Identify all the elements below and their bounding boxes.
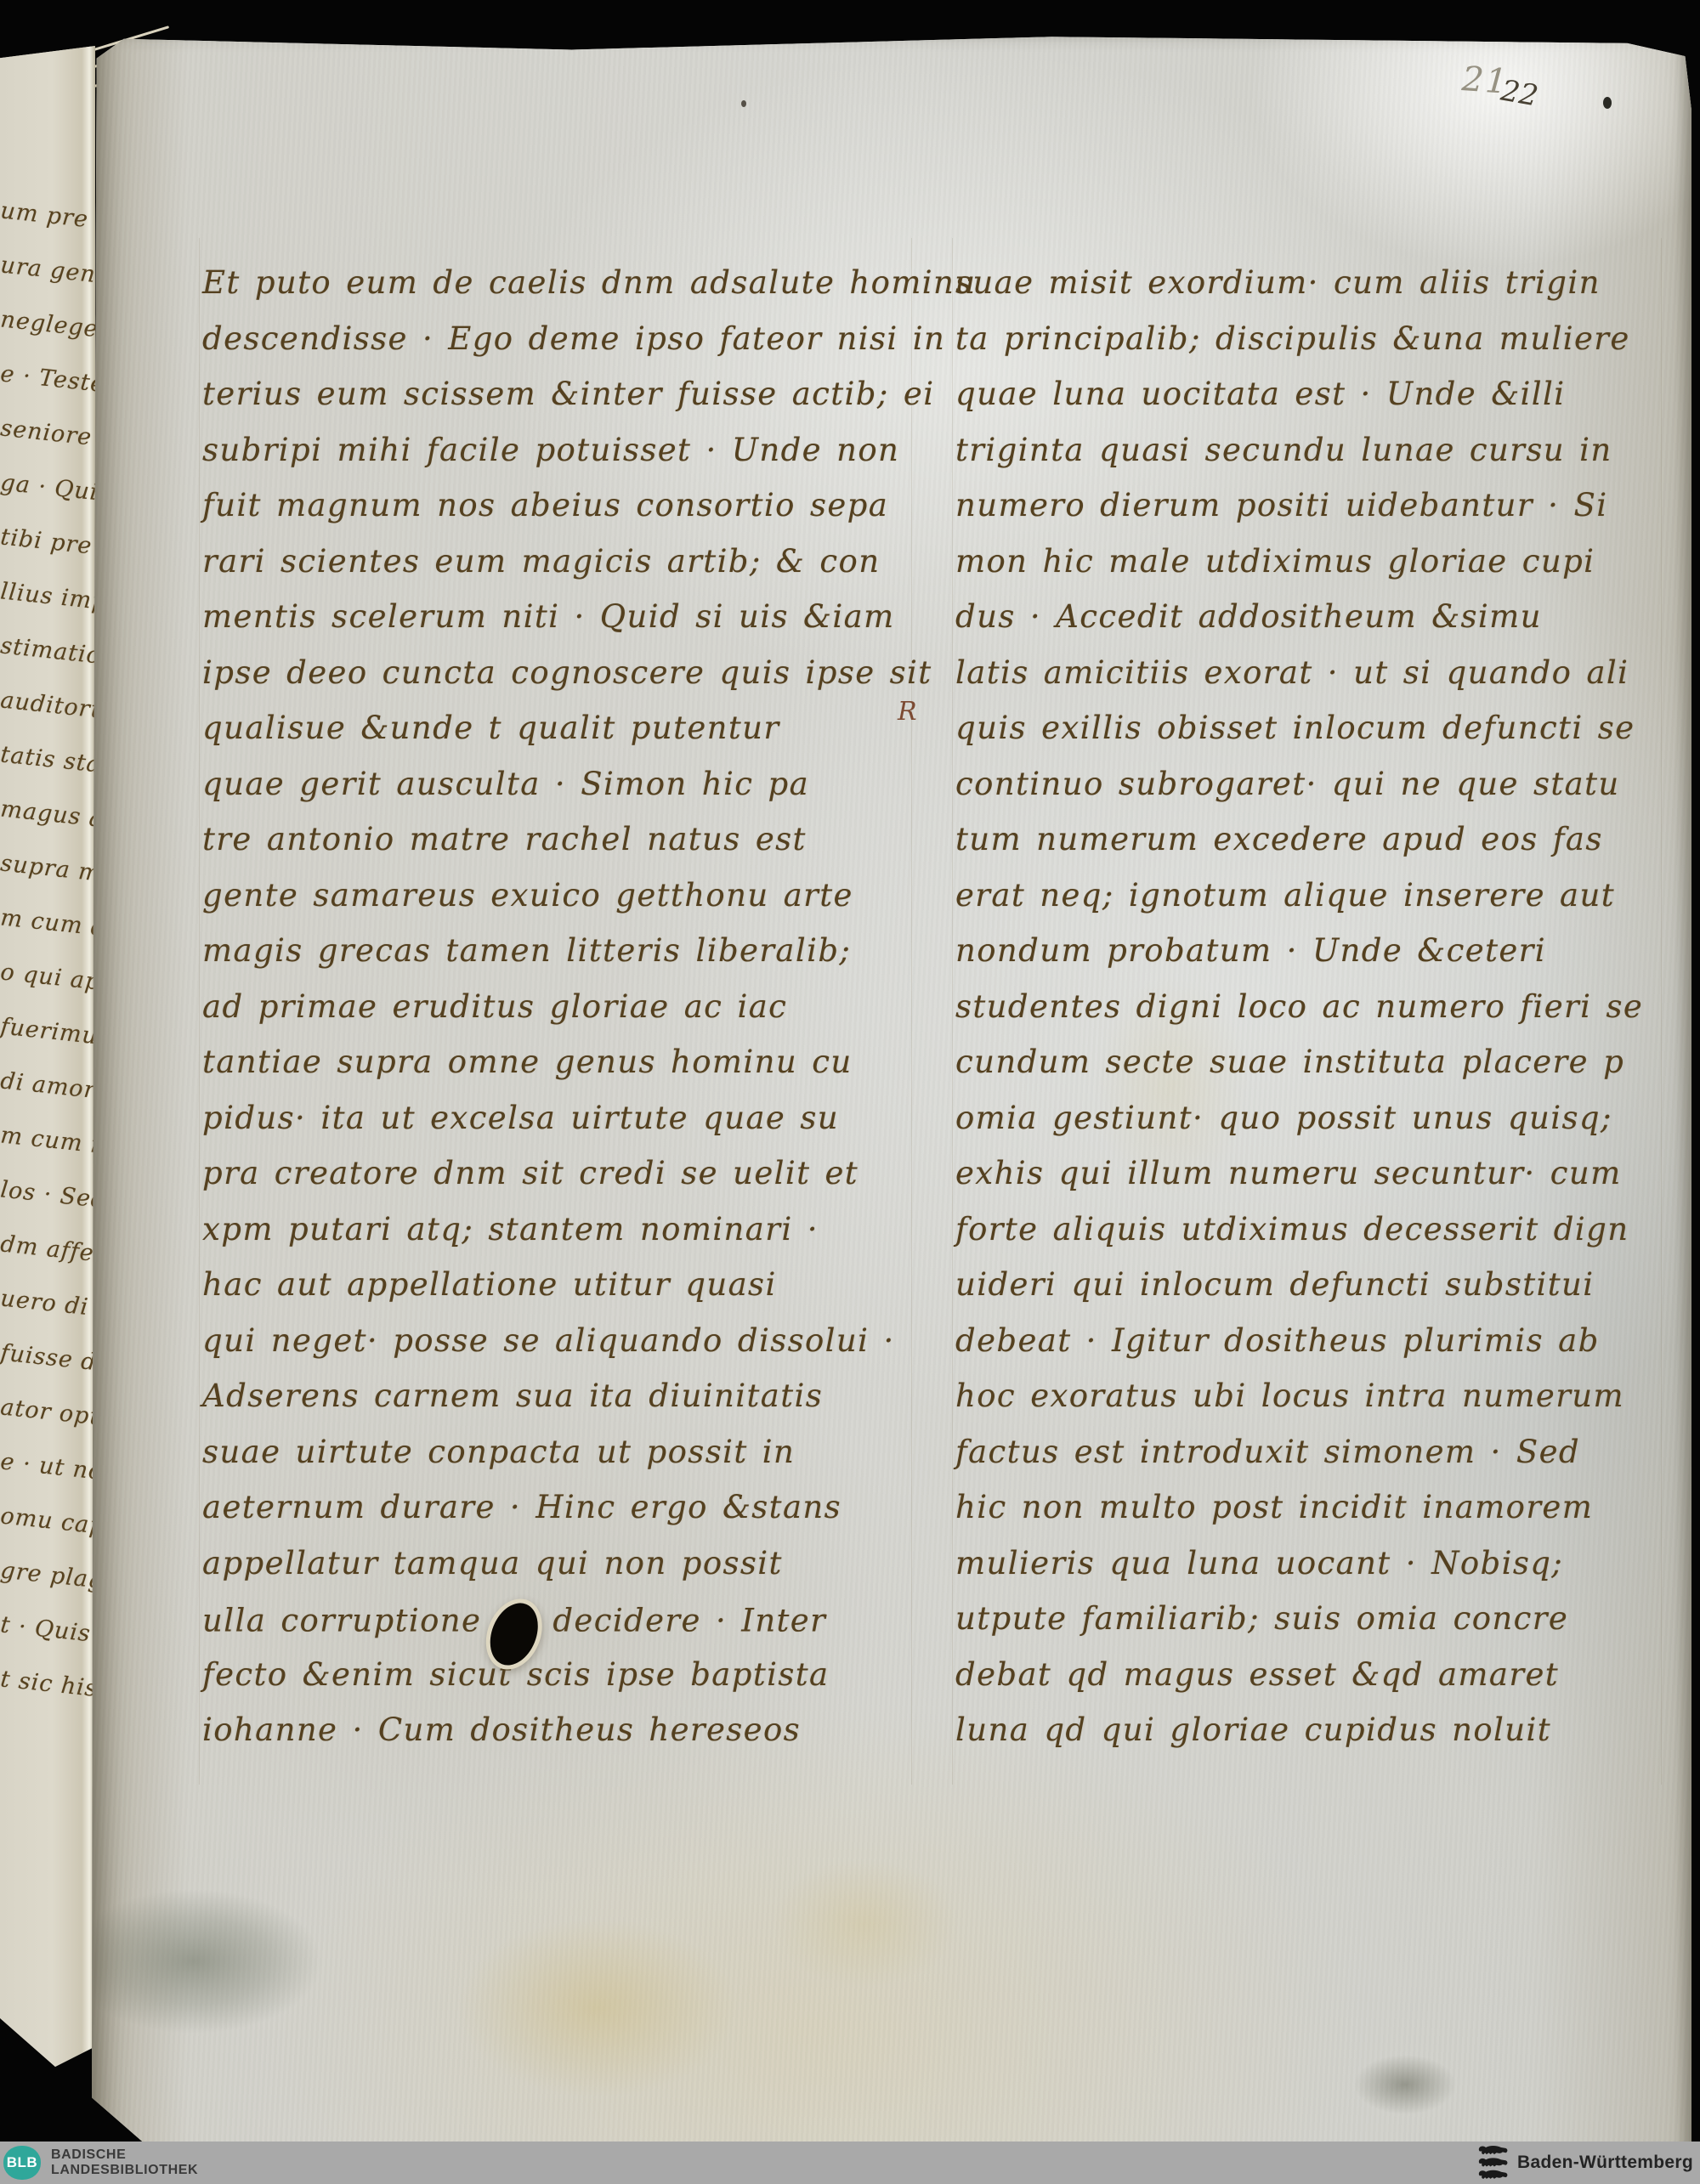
text-line: descendisse · Ego deme ipso fateor nisi … (202, 311, 923, 367)
text-line: suae uirtute conpacta ut possit in (202, 1424, 923, 1480)
text-line: utpute familiarib; suis omia concre (955, 1591, 1676, 1647)
text-line: los · Sed ingenuus quida (0, 1163, 98, 1226)
text-line: debeat · Igitur dositheus plurimis ab (955, 1313, 1676, 1369)
text-line: fuisse diurnae (0, 1326, 98, 1389)
stain (66, 1889, 321, 2034)
text-line: erat neq; ignotum alique inserere aut (955, 868, 1676, 924)
text-before-hole: ulla corruptione (202, 1603, 481, 1639)
text-line: dm affectus scelera quidem o (0, 1217, 98, 1281)
text-after-hole: decidere · Inter (552, 1603, 826, 1639)
text-line: exhis qui illum numeru secuntur· cum (955, 1146, 1676, 1202)
text-line: omia gestiunt· quo possit unus quisq; (955, 1090, 1676, 1146)
text-line: nondum probatum · Unde &ceteri (955, 923, 1676, 979)
text-line: tum numerum excedere apud eos fas (955, 812, 1676, 868)
ruling-line (952, 238, 953, 1785)
text-line: quis exillis obisset inlocum defuncti se (955, 700, 1676, 756)
text-line: tatis statum · Ueheme (0, 727, 98, 791)
text-line: aeternum durare · Hinc ergo &stans (202, 1480, 923, 1536)
text-line: iohanne · Cum dositheus hereseos (202, 1702, 923, 1758)
text-line: o qui apuero malo ri (0, 945, 98, 1009)
text-line: triginta quasi secundu lunae cursu in (955, 422, 1676, 478)
text-line: ta principalib; discipulis &una muliere (955, 311, 1676, 367)
facing-page-text: um pre nec reprehendasura genere aliquid… (0, 194, 95, 1717)
state-name: Baden-Württemberg (1517, 2153, 1693, 2173)
text-line: tre antonio matre rachel natus est (202, 812, 923, 868)
text-line: llius impietatis (0, 564, 98, 628)
text-line: ulla corruptionedecidere · Inter (202, 1591, 923, 1647)
text-column-left: Et puto eum de caelis dnm adsalute homin… (202, 255, 923, 1758)
text-line: debat qd magus esset &qd amaret (955, 1647, 1676, 1703)
text-line: mon hic male utdiximus gloriae cupi (955, 534, 1676, 590)
text-line: rari scientes eum magicis artib; & con (202, 534, 923, 590)
text-line: auditorum · &ipsius (0, 673, 98, 737)
blb-logo-icon: BLB (3, 2146, 41, 2180)
text-line: e · ut nos primo familiares (0, 1434, 98, 1498)
text-line: omu caperemus · quom (0, 1489, 98, 1553)
text-line: studentes digni loco ac numero fieri se (955, 979, 1676, 1035)
stain (772, 1859, 959, 1987)
ruling-line (199, 238, 200, 1785)
text-line: supra modum scelestis (0, 836, 98, 900)
library-name: BADISCHE LANDESBIBLIOTHEK (51, 2147, 198, 2178)
text-line: subripi mihi facile potuisset · Unde non (202, 422, 923, 478)
library-name-line1: BADISCHE (51, 2147, 198, 2163)
library-branding: BLB BADISCHE LANDESBIBLIOTHEK (3, 2146, 198, 2180)
text-line: uideri qui inlocum defuncti substitui (955, 1257, 1676, 1313)
stain (1354, 2055, 1456, 2114)
text-column-right: suae misit exordium· cum aliis triginta … (955, 255, 1676, 1758)
text-line: t sic his quae f (0, 1652, 98, 1716)
text-line: pra creatore dnm sit credi se uelit et (202, 1146, 923, 1202)
text-line: gre plagu quae fuer (0, 1543, 98, 1607)
text-line: appellatur tamqua qui non possit (202, 1536, 923, 1592)
text-line: hac aut appellatione utitur quasi (202, 1257, 923, 1313)
text-line: latis amicitiis exorat · ut si quando al… (955, 645, 1676, 701)
folio-number-new: 22 (1499, 74, 1541, 114)
text-line: e · Testem uero inuo (0, 347, 98, 410)
text-line: mentis scelerum niti · Quid si uis &iam (202, 589, 923, 645)
text-line: hoc exoratus ubi locus intra numerum (955, 1368, 1676, 1424)
text-line: terius eum scissem &inter fuisse actib; … (202, 366, 923, 422)
text-line: di amor do rupi (0, 1054, 98, 1117)
text-line: suae misit exordium· cum aliis trigin (955, 255, 1676, 311)
ink-speck (741, 100, 746, 107)
text-line: t · Quis enim est (0, 1598, 98, 1661)
text-line: ura genere aliquid eos (0, 238, 98, 302)
text-line: qualisue &unde t qualit putentur (202, 700, 923, 756)
text-line: m cum diligenti agno (0, 891, 98, 954)
text-line: fuit magnum nos abeius consortio sepa (202, 478, 923, 534)
text-line: mulieris qua luna uocant · Nobisq; (955, 1536, 1676, 1592)
library-footer-bar: BLB BADISCHE LANDESBIBLIOTHEK Baden-Würt… (0, 2142, 1700, 2184)
text-line: forte aliquis utdiximus decesserit dign (955, 1202, 1676, 1258)
text-line: ipse deeo cuncta cognoscere quis ipse si… (202, 645, 923, 701)
text-line: neglegere aut norim (0, 292, 98, 356)
manuscript-page: 21 22 Et puto eum de caelis dnm adsalute… (92, 24, 1691, 2184)
text-line: fecto &enim sicut scis ipse baptista (202, 1647, 923, 1703)
state-branding: Baden-Württemberg (1478, 2143, 1693, 2182)
text-line: m cum ipso &iam nunc ue (0, 1108, 98, 1172)
text-line: gente samareus exuico getthonu arte (202, 868, 923, 924)
text-line: factus est introduxit simonem · Sed (955, 1424, 1676, 1480)
text-line: seniore te incerta (0, 401, 98, 465)
text-line: tibi pre de spu (0, 510, 98, 574)
text-line: numero dierum positi uidebantur · Si (955, 478, 1676, 534)
text-line: tantiae supra omne genus hominu cu (202, 1034, 923, 1090)
text-line: pidus· ita ut excelsa uirtute quae su (202, 1090, 923, 1146)
digitized-manuscript-view: um pre nec reprehendasura genere aliquid… (0, 0, 1700, 2184)
text-line: dus · Accedit addositheum &simu (955, 589, 1676, 645)
facing-page-sliver: um pre nec reprehendasura genere aliquid… (0, 46, 95, 2067)
ink-speck (1603, 97, 1612, 109)
text-line: cundum secte suae instituta placere p (955, 1034, 1676, 1090)
text-line: xpm putari atq; stantem nominari · (202, 1202, 923, 1258)
text-line: stimatione tua con (0, 619, 98, 682)
text-line: ad primae eruditus gloriae ac iac (202, 979, 923, 1035)
library-name-line2: LANDESBIBLIOTHEK (51, 2163, 198, 2178)
text-line: quae luna uocitata est · Unde &illi (955, 366, 1676, 422)
stain (457, 1919, 738, 2097)
text-line: uero di amabilem fecit (0, 1271, 98, 1335)
text-line: ga · Quippe quia (0, 455, 98, 519)
text-line: hic non multo post incidit inamorem (955, 1480, 1676, 1536)
text-line: quae gerit ausculta · Simon hic pa (202, 756, 923, 812)
text-line: magus adoma quaecum (0, 782, 98, 846)
text-line: Adserens carnem sua ita diuinitatis (202, 1368, 923, 1424)
margin-annotation: R (898, 697, 917, 727)
text-line: continuo subrogaret· qui ne que statu (955, 756, 1676, 812)
text-line: Et puto eum de caelis dnm adsalute homin… (202, 255, 923, 311)
text-line: ator opus sui (0, 1380, 98, 1444)
text-line: luna qd qui gloriae cupidus noluit (955, 1702, 1676, 1758)
text-line: um pre nec reprehendas (0, 184, 98, 247)
text-line: qui neget· posse se aliquando dissolui · (202, 1313, 923, 1369)
baden-wuerttemberg-coat-of-arms-icon (1478, 2143, 1509, 2182)
text-line: fuerimus &inministri (0, 999, 98, 1063)
text-line: magis grecas tamen litteris liberalib; (202, 923, 923, 979)
